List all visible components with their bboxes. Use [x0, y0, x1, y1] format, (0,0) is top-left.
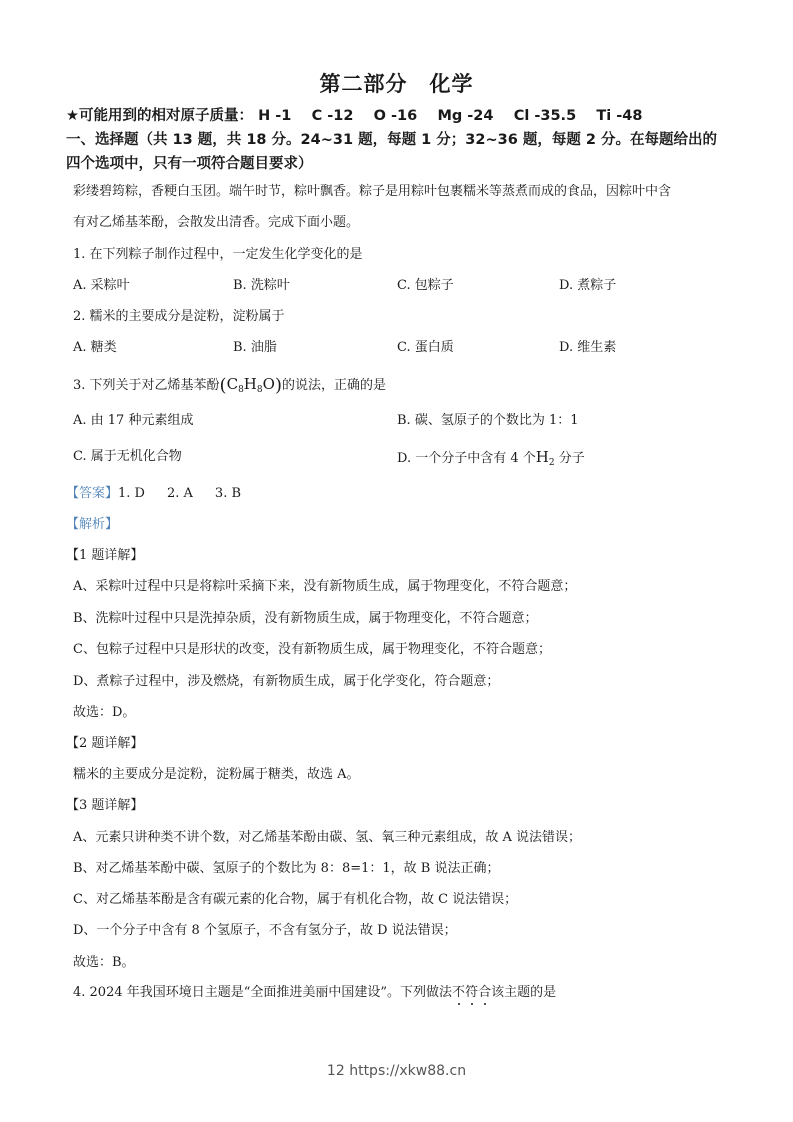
atomic-mass-mg: Mg -24 — [437, 108, 493, 124]
emphasis-char: 合 — [478, 985, 491, 1000]
atomic-mass-ti: Ti -48 — [596, 108, 642, 124]
formula-paren-close: ) — [275, 375, 282, 396]
title-subject: 化学 — [430, 72, 474, 96]
title-part: 第二部分 — [320, 72, 408, 96]
question-4-stem-pre: 4. 2024 年我国环境日主题是“全面推进美丽中国建设”。下列做法 — [73, 985, 452, 1000]
q3-analysis-line-b: B、对乙烯基苯酚中碳、氢原子的个数比为 8：8=1：1，故 B 说法正确； — [73, 861, 499, 877]
option-d-formula: H — [536, 448, 549, 466]
question-2-option-d: D. 维生素 — [559, 340, 616, 356]
question-1-option-b: B. 洗粽叶 — [233, 278, 290, 294]
q1-analysis-line-a: A、采粽叶过程中只是将粽叶采摘下来，没有新物质生成，属于物理变化，不符合题意； — [73, 579, 576, 595]
q1-analysis-conclusion: 故选：D。 — [73, 705, 135, 721]
q1-analysis-line-d: D、煮粽子过程中，涉及燃烧，有新物质生成，属于化学变化，符合题意； — [73, 674, 499, 690]
answer-2: 2. A — [167, 486, 193, 501]
question-3-option-b: B. 碳、氢原子的个数比为 1：1 — [397, 413, 579, 429]
passage-line2: 有对乙烯基苯酚，会散发出清香。完成下面小题。 — [73, 215, 359, 231]
q1-analysis-heading: 【1 题详解】 — [66, 548, 143, 564]
question-1-option-d: D. 煮粽子 — [559, 278, 616, 294]
option-d-post: 分子 — [559, 451, 585, 466]
q3-analysis-heading: 【3 题详解】 — [66, 798, 143, 814]
question-4-stem-post: 该主题的是 — [491, 985, 556, 1000]
atomic-masses-label: ★可能用到的相对原子质量： — [66, 108, 253, 124]
q2-analysis-heading: 【2 题详解】 — [66, 736, 143, 752]
footer-url[interactable]: https://xkw88.cn — [349, 1063, 466, 1079]
q1-analysis-line-b: B、洗粽叶过程中只是洗掉杂质，没有新物质生成，属于物理变化，不符合题意； — [73, 611, 538, 627]
question-1-option-a: A. 采粽叶 — [73, 278, 130, 294]
question-4-stem: 4. 2024 年我国环境日主题是“全面推进美丽中国建设”。下列做法不符合该主题… — [73, 985, 556, 1001]
emphasis-char: 不 — [452, 985, 465, 1000]
section-heading-line1: 一、选择题（共 13 题，共 18 分。24~31 题，每题 1 分；32~36… — [66, 132, 717, 148]
atomic-mass-o: O -16 — [374, 108, 418, 124]
formula-o: O — [263, 375, 275, 393]
question-2-option-a: A. 糖类 — [73, 340, 117, 356]
answer-line: 【答案】1. D2. A3. B — [66, 486, 241, 502]
formula-c: C — [227, 375, 238, 393]
option-d-pre: D. 一个分子中含有 4 个 — [397, 451, 536, 466]
atomic-mass-c: C -12 — [312, 108, 354, 124]
answer-1: 1. D — [118, 486, 145, 501]
formula-paren-open: ( — [220, 375, 227, 396]
q1-analysis-line-c: C、包粽子过程中只是形状的改变，没有新物质生成，属于物理变化，不符合题意； — [73, 642, 551, 658]
page-footer: 12 https://xkw88.cn — [0, 1063, 793, 1079]
question-3-stem: 3. 下列关于对乙烯基苯酚(C8H8O)的说法，正确的是 — [73, 376, 386, 398]
answer-label: 【答案】 — [66, 486, 118, 501]
passage-line1: 彩缕碧筠粽，香粳白玉团。端午时节，粽叶飘香。粽子是用粽叶包裹糯米等蒸煮而成的食品… — [73, 184, 671, 200]
q3-analysis-line-c: C、对乙烯基苯酚是含有碳元素的化合物，属于有机化合物，故 C 说法错误； — [73, 892, 517, 908]
emphasis-char: 符 — [465, 985, 478, 1000]
question-3-option-d: D. 一个分子中含有 4 个H2 分子 — [397, 449, 585, 471]
document-page: 第二部分化学 ★可能用到的相对原子质量： H -1 C -12 O -16 Mg… — [0, 0, 793, 1122]
question-1-stem: 1. 在下列粽子制作过程中，一定发生化学变化的是 — [73, 247, 363, 263]
answer-3: 3. B — [215, 486, 241, 501]
option-d-sub: 2 — [549, 458, 555, 468]
question-2-option-c: C. 蛋白质 — [397, 340, 454, 356]
q3-analysis-conclusion: 故选：B。 — [73, 955, 135, 971]
q2-analysis-line: 糯米的主要成分是淀粉，淀粉属于糖类，故选 A。 — [73, 767, 360, 783]
page-title: 第二部分化学 — [0, 68, 793, 98]
page-number: 12 — [327, 1063, 345, 1079]
question-1-option-c: C. 包粽子 — [397, 278, 454, 294]
question-3-option-c: C. 属于无机化合物 — [73, 449, 182, 465]
q3-analysis-line-a: A、元素只讲种类不讲个数，对乙烯基苯酚由碳、氢、氧三种元素组成，故 A 说法错误… — [73, 830, 581, 846]
question-2-stem: 2. 糯米的主要成分是淀粉，淀粉属于 — [73, 309, 285, 325]
q3-analysis-line-d: D、一个分子中含有 8 个氢原子，不含有氢分子，故 D 说法错误； — [73, 923, 457, 939]
question-3-option-a: A. 由 17 种元素组成 — [73, 413, 193, 429]
formula-h: H — [244, 375, 257, 393]
section-heading-line2: 四个选项中，只有一项符合题目要求） — [66, 156, 313, 172]
question-3-stem-pre: 3. 下列关于对乙烯基苯酚 — [73, 378, 220, 393]
atomic-masses-line: ★可能用到的相对原子质量： H -1 C -12 O -16 Mg -24 Cl… — [66, 108, 642, 124]
question-2-option-b: B. 油脂 — [233, 340, 277, 356]
analysis-label: 【解析】 — [66, 517, 118, 533]
atomic-mass-h: H -1 — [258, 108, 291, 124]
question-3-stem-post: 的说法，正确的是 — [282, 378, 386, 393]
atomic-mass-cl: Cl -35.5 — [514, 108, 576, 124]
